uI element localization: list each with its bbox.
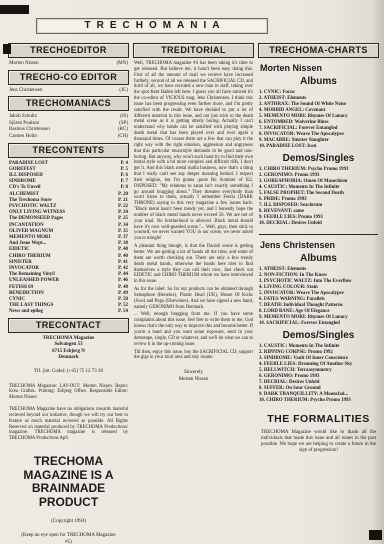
brainmade-slogan: TRECHOMA MAGAZINE IS A BRAINMADE PRODUCT xyxy=(18,455,120,509)
coeditor-initials: (JC) xyxy=(119,88,128,95)
editorial-body: Well, TRECHOMA magazine #4 has been taki… xyxy=(133,61,254,361)
magazine-title: TRECHOMANIA xyxy=(36,18,268,34)
staff-initials: (JS) xyxy=(120,114,128,121)
editorial-paragraph: A pleasant thing though, is that the Dan… xyxy=(133,244,254,285)
editor-name: Morten Nissen xyxy=(9,61,39,68)
formalities-header: THE FORMALITIES xyxy=(258,413,379,425)
signoff-sincerely: Sincerely xyxy=(133,369,254,376)
disclaimer-text: TRECHOMA Magazine have no obligations to… xyxy=(8,407,129,442)
contact-line: TRECHOMA Magazine xyxy=(8,336,129,343)
scan-artifact-top-left xyxy=(0,5,29,14)
staff-list: Jakob Schultz(JS)Sjören Poulsen(SP)Rasmu… xyxy=(8,114,129,140)
toc-page: P. 54 xyxy=(118,309,128,315)
section-header-trechoma-charts: TRECHOMA-CHARTS xyxy=(258,43,379,58)
coeditor-name: Jens Christensen xyxy=(9,88,42,95)
staff-name: Carsten Holm xyxy=(9,134,37,141)
contact-line: 6715 Esbjerg N xyxy=(8,349,129,356)
section-header-trecontents: TRECONTENTS xyxy=(8,143,129,158)
copyright-note: (Copyright 1994) xyxy=(8,519,129,524)
formalities-text: TRECHOMA Magazine would like to thank al… xyxy=(258,430,379,454)
editorial-signoff: Sincerely Morten Nissen xyxy=(133,369,254,383)
next-issue-teaser: (Keep an eye open for TRECHOMA Magazine … xyxy=(21,533,117,544)
charts-lists: Morten NissenAlbums1. CYNIC: Focus2. ATH… xyxy=(258,63,379,404)
chart-list-title: Demos/Singles xyxy=(258,153,379,164)
staff-name: Jakob Schultz xyxy=(9,114,37,121)
section-header-trecontact: TRECONTACT xyxy=(8,318,129,333)
section-header-treditorial: TREDITORIAL xyxy=(133,43,254,58)
toc-title: News and epilog xyxy=(9,309,43,315)
staff-name: Rasmus Christensen xyxy=(9,127,50,134)
section-header-coeditor: TRECHO-CO EDITOR xyxy=(8,70,129,85)
contact-address: TRECHOMA MagazineSolvangen 536715 Esbjer… xyxy=(8,336,129,362)
chart-list: 1. ATHEIST: Elements2. NON-FICTION: In T… xyxy=(258,267,379,327)
chart-list: 1. CYNIC: Focus2. ATHEIST: Elements3. AN… xyxy=(258,90,379,150)
magazine-page: TRECHOMANIA TRECHOEDITOR Morten Nissen (… xyxy=(0,0,384,544)
chart-list-title: Albums xyxy=(258,76,379,87)
staff-row: Sjören Poulsen(SP) xyxy=(8,121,129,128)
staff-name: Sjören Poulsen xyxy=(9,121,39,128)
staff-initials: (CH) xyxy=(118,134,128,141)
left-column: TRECHOEDITOR Morten Nissen (MN) TRECHO-C… xyxy=(8,41,129,544)
staff-initials: (RC) xyxy=(118,127,128,134)
editorial-paragraph: ... Well, enough bragging from me. If yo… xyxy=(133,312,254,347)
editorial-paragraph: As for the label: So far our products ca… xyxy=(133,287,254,310)
credits-text: TRECHOMA Magazine: LAY-OUT: Morten Nisse… xyxy=(8,384,129,402)
chart-item: 10. SACRIFICIAL: Forever Entangled xyxy=(258,321,379,327)
right-column: TRECHOMA-CHARTS Morten NissenAlbums1. CY… xyxy=(258,41,379,544)
toc-row: News and epilogP. 54 xyxy=(8,309,129,315)
editorial-paragraph: Well, TRECHOMA magazine #4 has been taki… xyxy=(133,61,254,242)
chart-person-name: Jens Christensen xyxy=(260,240,379,250)
signoff-author: Morten Nissen xyxy=(133,376,254,383)
coeditor-row: Jens Christensen (JC) xyxy=(8,88,129,95)
staff-row: Rasmus Christensen(RC) xyxy=(8,127,129,134)
chart-item: 10. PARADISE LOST: Icon xyxy=(258,144,379,150)
scan-artifact-left xyxy=(3,44,11,54)
middle-column: TREDITORIAL Well, TRECHOMA magazine #4 h… xyxy=(133,41,254,544)
section-header-trechomaniacs: TRECHOMANIACS xyxy=(8,96,129,111)
chart-list: 1. CAUSTIC: Moments In The Infinite2. RI… xyxy=(258,344,379,404)
chart-item: 10. CHIRO THERIUM: Psycho Promo 1993 xyxy=(258,398,379,404)
editor-row: Morten Nissen (MN) xyxy=(8,61,129,68)
scan-artifact-bottom-right xyxy=(369,530,382,540)
chart-list: 1. CHIRO THERIUM: Psycho Promo 19932. GE… xyxy=(258,167,379,227)
editor-initials: (MN) xyxy=(117,61,128,68)
chart-list-title: Demos/Singles xyxy=(258,330,379,341)
editorial-paragraph: Till then, enjoy this issue, buy the SAC… xyxy=(133,350,254,362)
section-divider xyxy=(259,234,378,235)
section-header-trechoeditor: TRECHOEDITOR xyxy=(8,43,129,58)
page-columns: TRECHOEDITOR Morten Nissen (MN) TRECHO-C… xyxy=(0,41,384,544)
contact-line: Solvangen 53 xyxy=(8,342,129,349)
staff-row: Jakob Schultz(JS) xyxy=(8,114,129,121)
contact-line: Denmark xyxy=(8,355,129,362)
contact-phone: Tlf. (int. Code): (+45) 75 12 73 30 xyxy=(8,369,129,376)
staff-row: Carsten Holm(CH) xyxy=(8,134,129,141)
chart-person-name: Morten Nissen xyxy=(260,63,379,73)
chart-list-title: Albums xyxy=(258,253,379,264)
staff-initials: (SP) xyxy=(119,121,128,128)
table-of-contents: PARADISE LOSTP. 4GOREFESTP. 5ILL DISPOSE… xyxy=(8,161,129,316)
chart-item: 10. DECRIAL: Desires Unfold xyxy=(258,221,379,227)
